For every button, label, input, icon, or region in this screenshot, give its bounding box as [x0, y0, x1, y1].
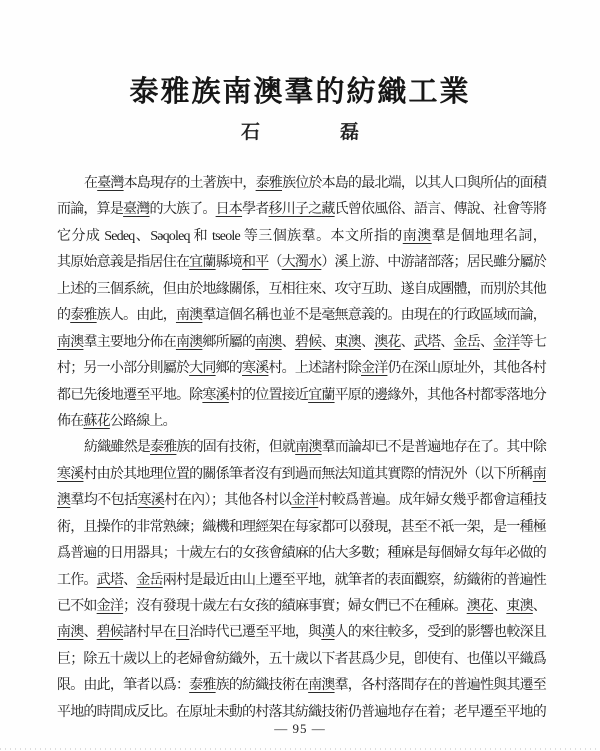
text-line: 在臺灣本島現存的土著族中，泰雅族位於本島的最北端，以其人口與所佔的面積	[57, 171, 546, 197]
proper-noun-mark: 日	[176, 625, 189, 640]
author-char: 磊	[340, 117, 359, 144]
text-line: 而論，算是臺灣的大族了。日本學者移川子之藏氏曾依風俗、語言、傳說、社會等將	[57, 197, 546, 223]
text-run: 氏曾依風俗、語言、傳說、社會等將	[335, 202, 546, 217]
text-run: 族的紡織技術在	[216, 678, 309, 693]
text-run: 的大族了。	[150, 202, 216, 217]
text-run: 鄉的	[216, 361, 242, 376]
text-line: 澳羣均不包括寒溪村在內）；其他各村以金洋村較爲普遍。成年婦女幾乎都會這種技	[57, 488, 546, 514]
text-run: 爲普遍的日用器具；十歲左右的女孩會績麻的佔大多數；種麻是每個婦女每年必做的	[57, 546, 546, 561]
text-run: 羣，各村落間存在的普遍性與其遷至	[335, 678, 546, 693]
text-run: 族位於本島的最北端，以其人口與所佔的面積	[282, 176, 546, 191]
text-run: 羣這個名稱也並不是毫無意義的。由現在的行政區域而論，	[202, 308, 546, 323]
text-run: ）溪上游、中游諸部落；居民雖分屬於	[321, 255, 546, 270]
scan-artifact	[0, 748, 600, 750]
text-run: 限。由此，筆者以爲：	[57, 678, 189, 693]
text-run: 而論，算是	[57, 202, 123, 217]
text-run: 縣境	[216, 255, 242, 270]
text-run: 羣是個地理名詞，	[432, 229, 546, 244]
text-line: 已不如金洋；沒有發現十歲左右女孩的績麻事實；婦女們已不在種麻。澳花、東澳、	[57, 594, 546, 620]
proper-noun-mark: 澳花	[374, 335, 400, 350]
text-run: 村較爲普遍。成年婦女幾乎都會這種技	[318, 493, 546, 508]
text-line: 它分成 Sedeq、Səqoleq 和 tseole 等三個族羣。本文所指的南澳…	[57, 224, 546, 250]
text-run: 人的來往較多，受到的影響也較深且	[335, 625, 546, 640]
proper-noun-mark: 移川子之藏	[269, 202, 335, 217]
text-run: 紡織雖然是	[84, 440, 150, 455]
text-run: 仍在深山原址外，其他各村	[387, 361, 546, 376]
text-run: ；沒有發現十歲左右女孩的績麻事實；婦女們已不在種麻。	[123, 599, 467, 614]
text-line: 巨；除五十歲以上的老婦會紡織外，五十歲以下者甚爲少見，卽使有、也僅以平織爲	[57, 647, 546, 673]
text-run: 平地的時間成反比。在原址未動的村落其紡織技術仍普遍地存在着；老早遷至平地的	[57, 705, 546, 720]
text-run: 、	[401, 335, 414, 350]
text-run: 平原的邊緣外，其他各村都零落地分	[335, 388, 546, 403]
text-line: 紡織雖然是泰雅族的固有技術，但就南澳羣而論却已不是普遍地存在了。其中除	[57, 435, 546, 461]
text-line: 佈在蘇花公路線上。	[57, 409, 546, 435]
proper-noun-mark: 南澳	[308, 678, 334, 693]
text-run: 村在內）；其他各村以	[164, 493, 291, 508]
text-run: 、	[321, 335, 334, 350]
text-run: 村的位置接近	[229, 388, 308, 403]
text-run: 它分成 Sedeq、Səqoleq 和 tseole 等三個族羣。本文所指的	[57, 229, 403, 244]
proper-noun-mark: 寒溪	[57, 467, 83, 482]
text-run: 其原始意義是指居住在	[57, 255, 189, 270]
text-line: 南澳、碧候諸村早在日治時代已遷至平地，與漢人的來往較多，受到的影響也較深且	[57, 620, 546, 646]
proper-noun-mark: 寒溪	[202, 388, 228, 403]
proper-noun-mark: 南澳	[176, 335, 202, 350]
proper-noun-mark: 蘇花	[83, 414, 109, 429]
proper-noun-mark: 金洋	[97, 599, 123, 614]
proper-noun-mark: 澳	[57, 493, 70, 508]
author-name: 石磊	[0, 117, 600, 144]
text-run: 族人。由此，	[97, 308, 176, 323]
text-run: 鄉所屬的	[202, 335, 255, 350]
text-run: 族的固有技術，但就	[176, 440, 295, 455]
proper-noun-mark: 泰雅	[189, 678, 215, 693]
proper-noun-mark: 漢	[321, 625, 334, 640]
proper-noun-mark: 日本	[216, 202, 242, 217]
text-run: 已不如	[57, 599, 97, 614]
text-line: 術，且操作的非常熟練；織機和理經架在每家都可以發現，甚至不祇一架，是一種極	[57, 515, 546, 541]
proper-noun-mark: 南澳	[403, 229, 432, 244]
proper-noun-mark: 大同	[189, 361, 215, 376]
proper-noun-mark: 泰雅	[70, 308, 96, 323]
proper-noun-mark: 金洋	[493, 335, 519, 350]
text-run: 在	[84, 176, 97, 191]
text-line: 工作。武塔、金岳兩村是最近由山上遷至平地，就筆者的表面觀察，紡織術的普遍性	[57, 568, 546, 594]
text-run: 等七	[520, 335, 546, 350]
proper-noun-mark: 金洋	[291, 493, 318, 508]
proper-noun-mark: 澳花	[467, 599, 493, 614]
text-run: 工作。	[57, 573, 97, 588]
text-run: 村；另一小部分則屬於	[57, 361, 189, 376]
proper-noun-mark: 寒溪	[242, 361, 268, 376]
text-run: 羣主要地分佈在	[83, 335, 176, 350]
proper-noun-mark: 大濁水	[282, 255, 322, 270]
text-run: 、	[361, 335, 374, 350]
document-page: 泰雅族南澳羣的紡織工業 石磊 在臺灣本島現存的土著族中，泰雅族位於本島的最北端，…	[0, 0, 600, 751]
text-line: 的泰雅族人。由此，南澳羣這個名稱也並不是毫無意義的。由現在的行政區域而論，	[57, 303, 546, 329]
text-line: 南澳羣主要地分佈在南澳鄉所屬的南澳、碧候、東澳、澳花、武塔、金岳、金洋等七	[57, 330, 546, 356]
text-run: 、	[493, 599, 506, 614]
text-run: 都已先後地遷至平地。除	[57, 388, 202, 403]
proper-noun-mark: 武塔	[414, 335, 440, 350]
text-run: 治時代已遷至平地，與	[189, 625, 321, 640]
text-run: 村。上述諸村除	[268, 361, 361, 376]
proper-noun-mark: 宜蘭	[189, 255, 215, 270]
proper-noun-mark: 南澳	[255, 335, 281, 350]
text-run: 、	[282, 335, 295, 350]
text-run: 術，且操作的非常熟練；織機和理經架在每家都可以發現，甚至不祇一架，是一種極	[57, 520, 546, 535]
proper-noun-mark: 寒溪	[137, 493, 164, 508]
author-char: 石	[241, 117, 260, 144]
proper-noun-mark: 南澳	[57, 335, 83, 350]
proper-noun-mark: 金岳	[136, 573, 162, 588]
page-title: 泰雅族南澳羣的紡織工業	[0, 69, 600, 110]
proper-noun-mark: 宜蘭	[308, 388, 334, 403]
text-run: 、	[440, 335, 453, 350]
page-number: — 95 —	[0, 721, 600, 737]
text-run: 巨；除五十歲以上的老婦會紡織外，五十歲以下者甚爲少見，卽使有、也僅以平織爲	[57, 652, 546, 667]
proper-noun-mark: 碧候	[97, 625, 123, 640]
text-run: 的	[57, 308, 70, 323]
text-run: 佈在	[57, 414, 83, 429]
proper-noun-mark: 金岳	[454, 335, 480, 350]
proper-noun-mark: 南	[533, 467, 546, 482]
text-run: 村由於其地理位置的關係筆者沒有到過而無法知道其實際的情況外（以下所稱	[83, 467, 532, 482]
text-run: 諸村早在	[123, 625, 176, 640]
text-line: 村；另一小部分則屬於大同鄉的寒溪村。上述諸村除金洋仍在深山原址外，其他各村	[57, 356, 546, 382]
proper-noun-mark: 碧候	[295, 335, 321, 350]
text-line: 限。由此，筆者以爲：泰雅族的紡織技術在南澳羣，各村落間存在的普遍性與其遷至	[57, 673, 546, 699]
text-run: 、	[83, 625, 96, 640]
proper-noun-mark: 南澳	[295, 440, 321, 455]
article-body: 在臺灣本島現存的土著族中，泰雅族位於本島的最北端，以其人口與所佔的面積而論，算是…	[57, 171, 546, 726]
text-run: 、	[533, 599, 546, 614]
proper-noun-mark: 東澳	[335, 335, 361, 350]
proper-noun-mark: 武塔	[97, 573, 123, 588]
proper-noun-mark: 泰雅	[150, 440, 176, 455]
text-line: 爲普遍的日用器具；十歲左右的女孩會績麻的佔大多數；種麻是每個婦女每年必做的	[57, 541, 546, 567]
text-line: 上述的三個系統，但由於地緣關係，互相往來、攻守互助、遂自成團體，而別於其他	[57, 277, 546, 303]
text-run: 學者	[242, 202, 268, 217]
text-run: 、	[480, 335, 493, 350]
proper-noun-mark: 臺灣	[123, 202, 149, 217]
text-line: 寒溪村由於其地理位置的關係筆者沒有到過而無法知道其實際的情況外（以下所稱南	[57, 462, 546, 488]
proper-noun-mark: 南澳	[176, 308, 202, 323]
proper-noun-mark: 臺灣	[97, 176, 123, 191]
text-run: 、	[123, 573, 136, 588]
proper-noun-mark: 東澳	[506, 599, 532, 614]
text-run: 羣而論却已不是普遍地存在了。其中除	[322, 440, 546, 455]
proper-noun-mark: 泰雅	[256, 176, 282, 191]
text-run: 上述的三個系統，但由於地緣關係，互相往來、攻守互助、遂自成團體，而別於其他	[57, 282, 546, 297]
text-run: 羣均不包括	[70, 493, 137, 508]
proper-noun-mark: 金洋	[361, 361, 387, 376]
text-run: （	[268, 255, 281, 270]
proper-noun-mark: 和平	[242, 255, 268, 270]
text-line: 其原始意義是指居住在宜蘭縣境和平（大濁水）溪上游、中游諸部落；居民雖分屬於	[57, 250, 546, 276]
text-run: 兩村是最近由山上遷至平地，就筆者的表面觀察，紡織術的普遍性	[163, 573, 546, 588]
text-line: 都已先後地遷至平地。除寒溪村的位置接近宜蘭平原的邊緣外，其他各村都零落地分	[57, 383, 546, 409]
text-run: 公路線上。	[110, 414, 176, 429]
text-run: 本島現存的土著族中，	[124, 176, 256, 191]
proper-noun-mark: 南澳	[57, 625, 83, 640]
